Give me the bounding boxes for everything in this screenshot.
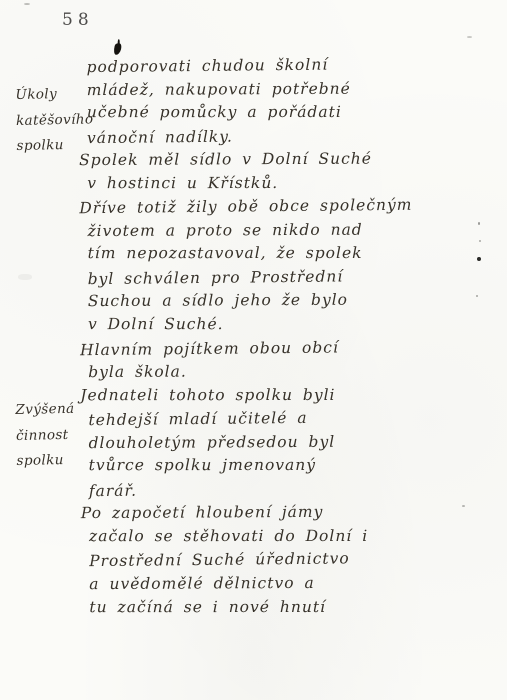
handwritten-line: Suchou a sídlo jeho že bylo	[88, 290, 498, 316]
handwritten-line: a uvědomělé dělnictvo a	[89, 573, 499, 599]
scan-speck	[467, 36, 472, 38]
handwritten-line: tehdejší mladí učitelé a	[88, 407, 498, 435]
page-number: 58	[62, 10, 94, 30]
handwritten-line: byla škola.	[88, 361, 498, 387]
scan-speck	[476, 295, 478, 297]
handwritten-line: v Dolní Suché.	[88, 315, 498, 339]
handwritten-line: životem a proto se nikdo nad	[87, 220, 497, 246]
handwritten-line: v hostinci u Křístků.	[87, 174, 497, 198]
handwritten-line: Hlavním pojítkem obou obcí	[80, 336, 498, 364]
handwritten-line: Dříve totiž žily obě obce společným	[79, 195, 497, 223]
scan-speck	[478, 222, 480, 225]
ink-blot	[113, 42, 123, 55]
handwritten-line: vánoční nadílky.	[87, 124, 497, 152]
handwritten-line: tím nepozastavoval, že spolek	[88, 244, 498, 268]
scan-edge-bar	[0, 692, 507, 699]
handwritten-line: farář.	[89, 478, 499, 506]
document-page: 58 Úkoly katěšovího spolku Zvýšená činno…	[0, 0, 507, 700]
handwritten-line: začalo se stěhovati do Dolní i	[89, 527, 499, 551]
handwritten-line: dlouholetým předsedou byl	[88, 432, 498, 458]
handwritten-line: Spolek měl sídlo v Dolní Suché	[79, 149, 497, 175]
handwritten-line: tu začíná se i nové hnutí	[89, 597, 499, 621]
scan-speck	[462, 505, 465, 507]
handwritten-line: tvůrce spolku jmenovaný	[89, 456, 499, 480]
scan-speck	[479, 240, 481, 242]
handwritten-line: mládež, nakupovati potřebné	[87, 78, 497, 104]
handwritten-line: Po započetí hloubení jámy	[81, 502, 499, 528]
handwritten-line: byl schválen pro Prostřední	[88, 266, 498, 294]
scan-speck	[24, 3, 30, 5]
handwritten-body: podporovati chudou školní mládež, nakupo…	[87, 55, 500, 622]
scan-speck	[477, 257, 481, 261]
scan-speck	[18, 274, 32, 280]
handwritten-line: Jednateli tohoto spolku byli	[80, 385, 498, 409]
handwritten-line: Prostřední Suché úřednictvo	[89, 548, 499, 576]
handwritten-line: učebné pomůcky a pořádati	[87, 103, 497, 127]
handwritten-line: podporovati chudou školní	[86, 54, 496, 82]
